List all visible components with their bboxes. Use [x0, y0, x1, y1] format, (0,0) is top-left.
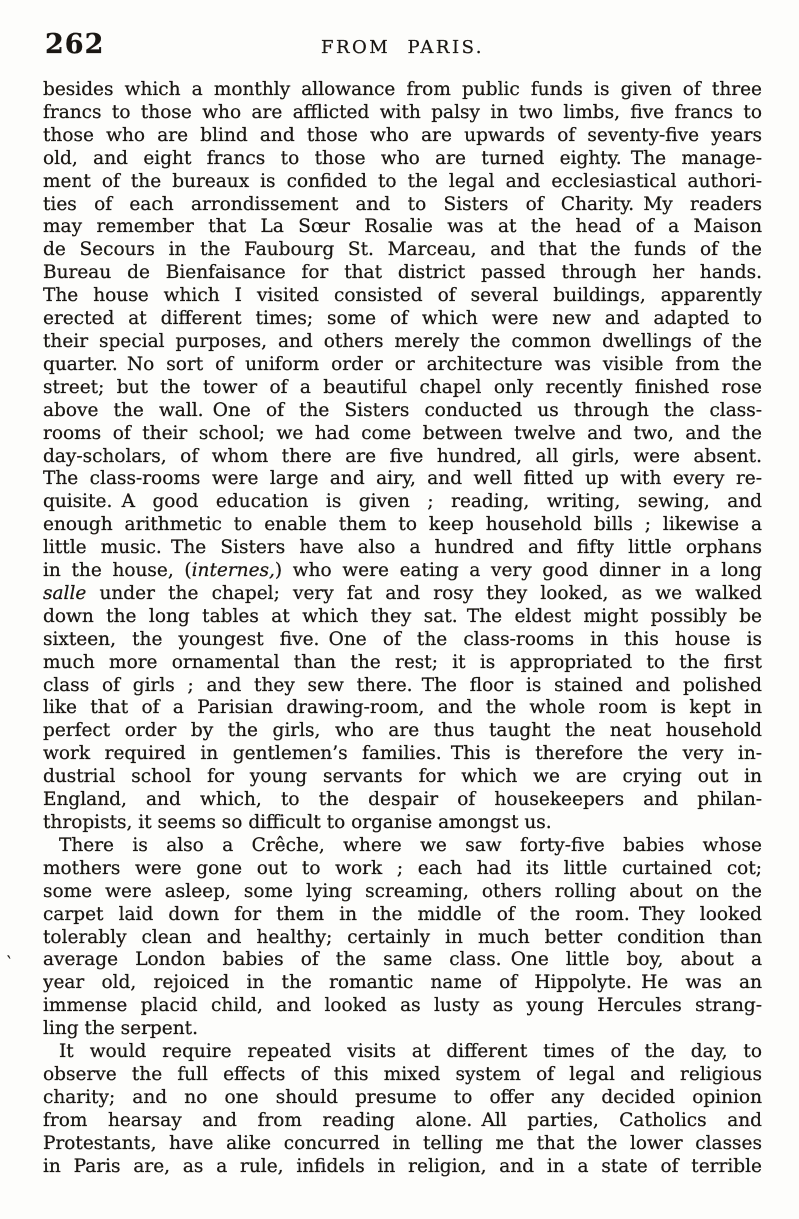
text-line: year old, rejoiced in the romantic name …	[43, 972, 762, 995]
text-line: francs to those who are afflicted with p…	[43, 102, 762, 125]
text-line: some were asleep, some lying screaming, …	[43, 881, 762, 904]
text-line: average London babies of the same class.…	[43, 949, 762, 972]
text-line: in Paris are, as a rule, infidels in rel…	[43, 1156, 762, 1179]
scan-artifact-mark: ‵	[7, 952, 11, 971]
text-line: Protestants, have alike concurred in tel…	[43, 1133, 762, 1156]
text-line: above the wall. One of the Sisters condu…	[43, 400, 762, 423]
running-head: FROM PARIS.	[43, 37, 762, 59]
text-line: ling the serpent.	[43, 1018, 762, 1041]
text-line: class of girls ; and they sew there. The…	[43, 675, 762, 698]
text-line: thropists, it seems so difficult to orga…	[43, 812, 762, 835]
text-line: like that of a Parisian drawing-room, an…	[43, 697, 762, 720]
text-line: may remember that La Sœur Rosalie was at…	[43, 216, 762, 239]
text-line: de Secours in the Faubourg St. Marceau, …	[43, 239, 762, 262]
text-line: The class-rooms were large and airy, and…	[43, 468, 762, 491]
text-line: tolerably clean and healthy; certainly i…	[43, 927, 762, 950]
text-line: sixteen, the youngest five. One of the c…	[43, 629, 762, 652]
page-header: 262 FROM PARIS.	[43, 30, 762, 72]
text-line: their special purposes, and others merel…	[43, 331, 762, 354]
text-line: besides which a monthly allowance from p…	[43, 79, 762, 102]
italic-text: internes,	[192, 560, 275, 581]
text-line: in the house, (internes,) who were eatin…	[43, 560, 762, 583]
text-line: erected at different times; some of whic…	[43, 308, 762, 331]
text-line: day-scholars, of whom there are five hun…	[43, 446, 762, 469]
text-line: There is also a Crêche, where we saw for…	[43, 835, 762, 858]
text-line: salle under the chapel; very fat and ros…	[43, 583, 762, 606]
book-page: 262 FROM PARIS. besides which a monthly …	[0, 0, 799, 1219]
text-line: The house which I visited consisted of s…	[43, 285, 762, 308]
text-line: dustrial school for young servants for w…	[43, 766, 762, 789]
text-line: from hearsay and from reading alone. All…	[43, 1110, 762, 1133]
text-line: much more ornamental than the rest; it i…	[43, 652, 762, 675]
text-block: besides which a monthly allowance from p…	[43, 79, 762, 1179]
text-line: It would require repeated visits at diff…	[43, 1041, 762, 1064]
text-line: ment of the bureaux is confided to the l…	[43, 171, 762, 194]
text-line: England, and which, to the despair of ho…	[43, 789, 762, 812]
italic-text: salle	[43, 583, 86, 604]
text-line: old, and eight francs to those who are t…	[43, 148, 762, 171]
text-line: quisite. A good education is given ; rea…	[43, 491, 762, 514]
text-line: carpet laid down for them in the middle …	[43, 904, 762, 927]
text-line: mothers were gone out to work ; each had…	[43, 858, 762, 881]
text-line: work required in gentlemen’s families. T…	[43, 743, 762, 766]
text-line: ties of each arrondissement and to Siste…	[43, 194, 762, 217]
text-line: street; but the tower of a beautiful cha…	[43, 377, 762, 400]
text-line: enough arithmetic to enable them to keep…	[43, 514, 762, 537]
text-line: little music. The Sisters have also a hu…	[43, 537, 762, 560]
text-line: perfect order by the girls, who are thus…	[43, 720, 762, 743]
text-line: charity; and no one should presume to of…	[43, 1087, 762, 1110]
text-line: quarter. No sort of uniform order or arc…	[43, 354, 762, 377]
text-line: Bureau de Bienfaisance for that district…	[43, 262, 762, 285]
text-line: down the long tables at which they sat. …	[43, 606, 762, 629]
text-line: those who are blind and those who are up…	[43, 125, 762, 148]
text-line: rooms of their school; we had come betwe…	[43, 423, 762, 446]
text-line: observe the full effects of this mixed s…	[43, 1064, 762, 1087]
text-line: immense placid child, and looked as lust…	[43, 995, 762, 1018]
